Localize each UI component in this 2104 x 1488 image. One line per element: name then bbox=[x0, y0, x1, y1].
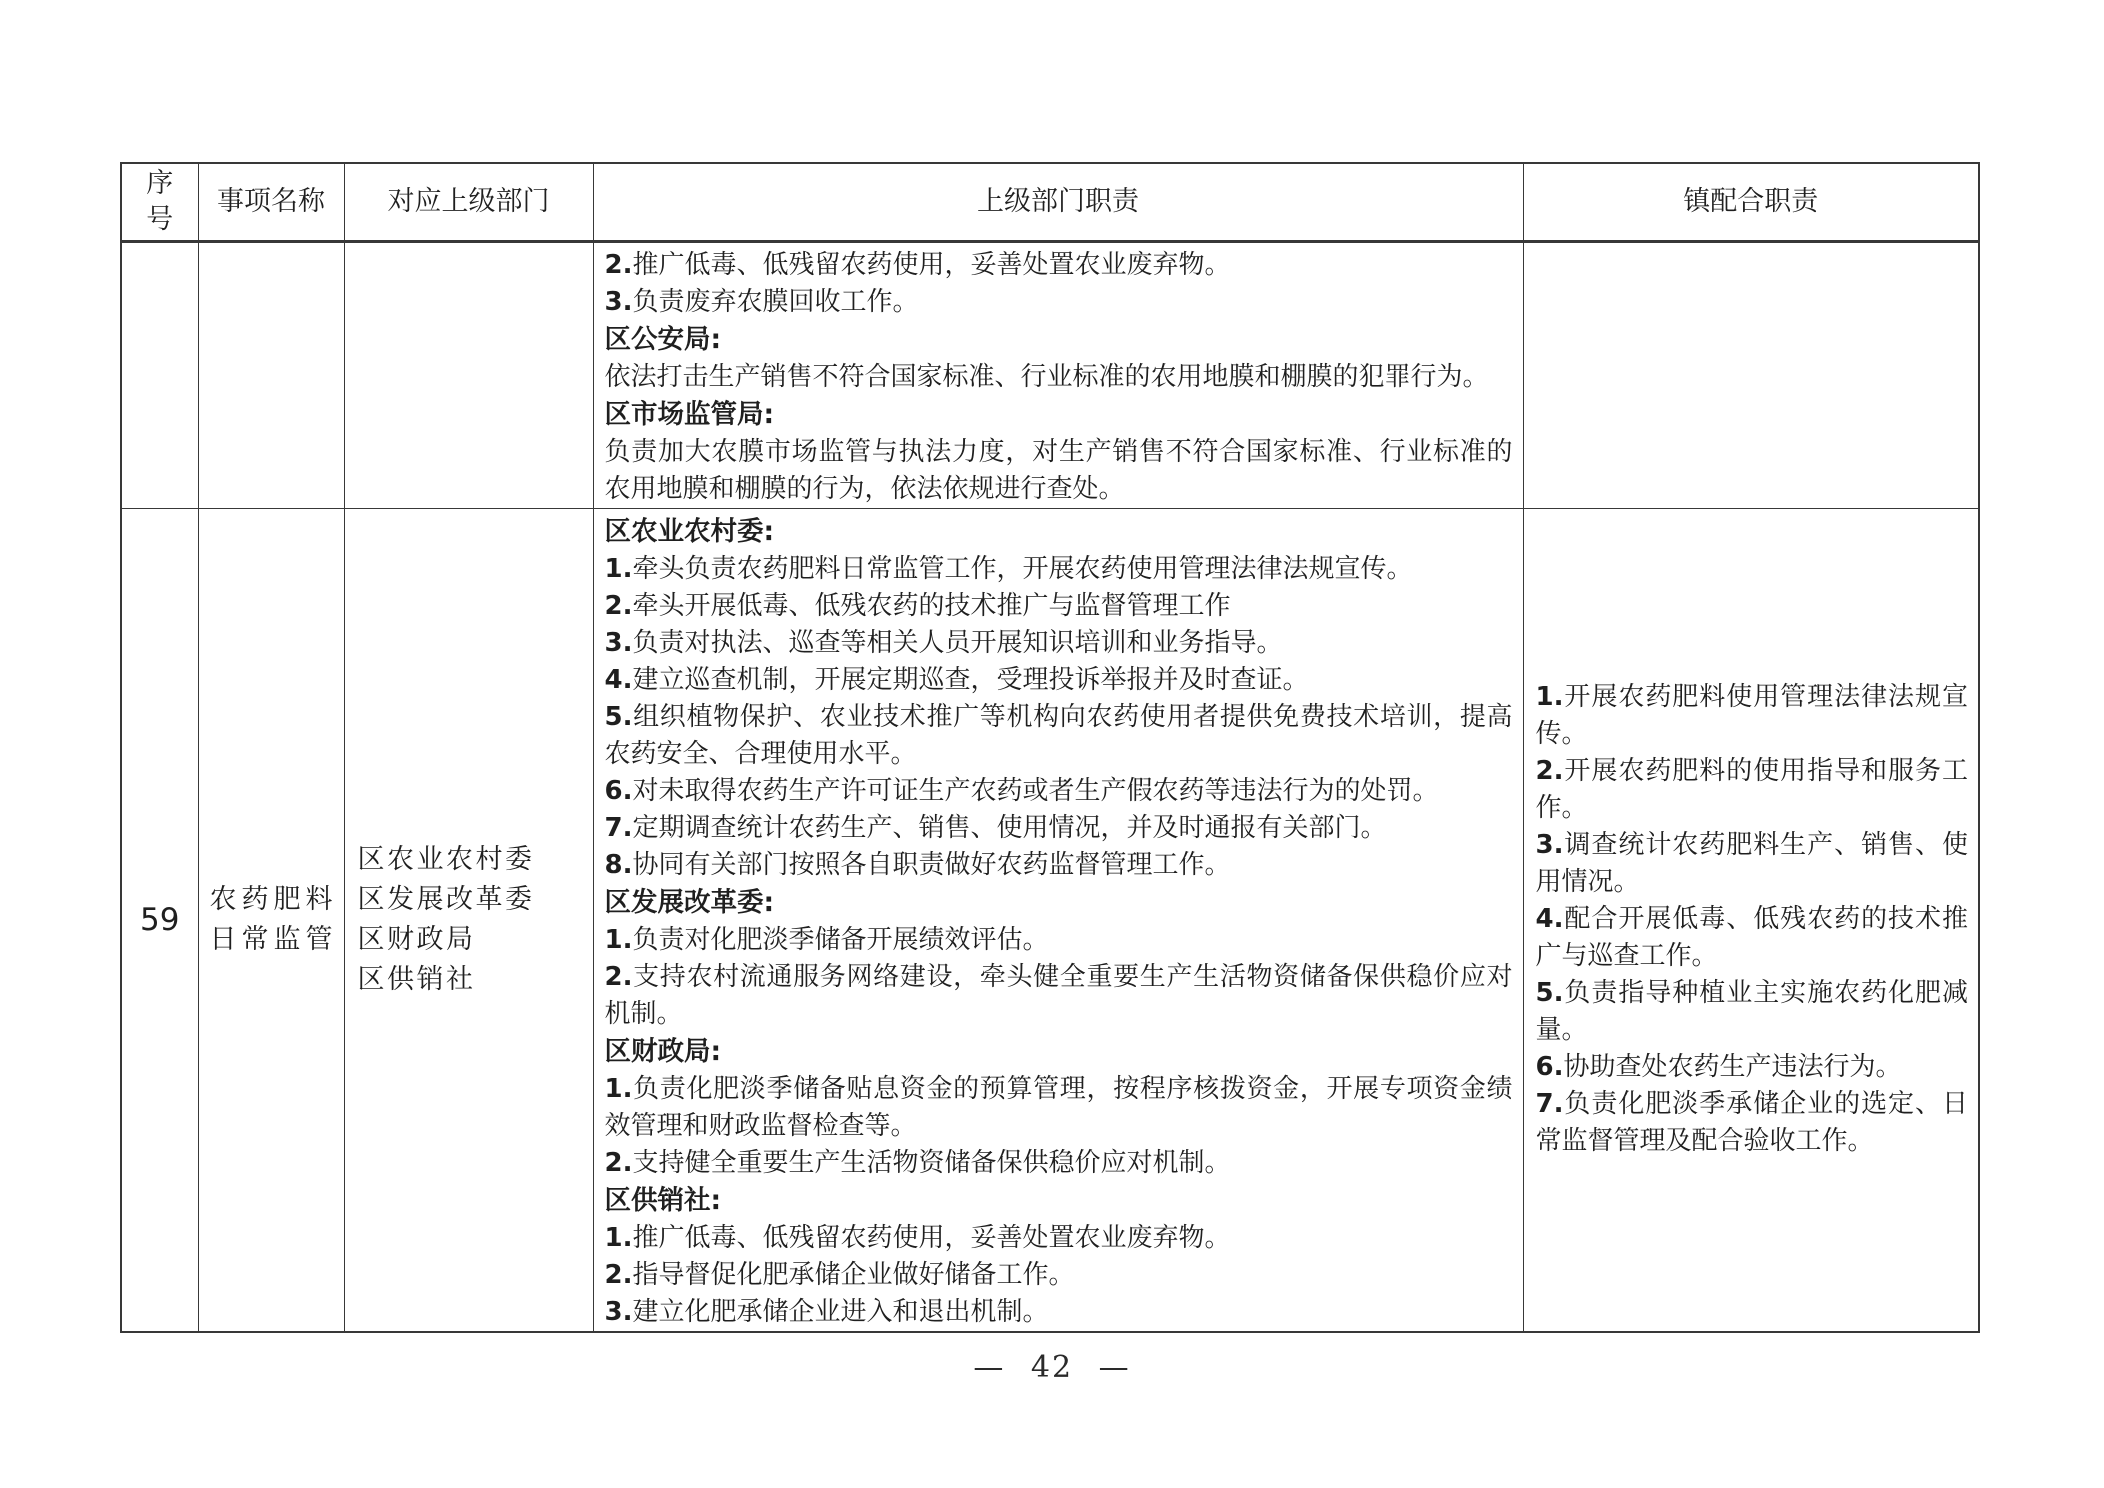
table-row-continuation: 2.推广低毒、低残留农药使用，妥善处置农业废弃物。3.负责废弃农膜回收工作。区公… bbox=[121, 241, 1979, 508]
superior-duties-cell: 2.推广低毒、低残留农药使用，妥善处置农业废弃物。3.负责废弃农膜回收工作。区公… bbox=[593, 241, 1523, 508]
duty-item-text: 建立化肥承储企业进入和退出机制。 bbox=[632, 1297, 1048, 1327]
duty-item: 1.负责对化肥淡季储备开展绩效评估。 bbox=[605, 922, 1513, 959]
duty-item: 6.对未取得农药生产许可证生产农药或者生产假农药等违法行为的处罚。 bbox=[605, 773, 1513, 810]
duty-item: 1.开展农药肥料使用管理法律法规宣传。 bbox=[1536, 679, 1969, 753]
table-header-row: 序号 事项名称 对应上级部门 上级部门职责 镇配合职责 bbox=[121, 163, 1979, 241]
column-header-item-name: 事项名称 bbox=[198, 163, 344, 241]
duty-item: 负责加大农膜市场监管与执法力度，对生产销售不符合国家标准、行业标准的农用地膜和棚… bbox=[605, 434, 1513, 508]
duty-item: 依法打击生产销售不符合国家标准、行业标准的农用地膜和棚膜的犯罪行为。 bbox=[605, 359, 1513, 396]
superior-duties-list: 2.推广低毒、低残留农药使用，妥善处置农业废弃物。3.负责废弃农膜回收工作。区公… bbox=[594, 243, 1523, 508]
duty-item-prefix: 2. bbox=[605, 1148, 633, 1178]
duty-item-text: 开展农药肥料使用管理法律法规宣传。 bbox=[1536, 682, 1969, 749]
item-name-line: 日常监管 bbox=[210, 920, 333, 960]
duty-item-prefix: 2. bbox=[605, 250, 633, 280]
duty-item: 1.推广低毒、低残留农药使用，妥善处置农业废弃物。 bbox=[605, 1220, 1513, 1257]
duty-item-text: 组织植物保护、农业技术推广等机构向农药使用者提供免费技术培训，提高农药安全、合理… bbox=[605, 702, 1513, 769]
department-line: 区财政局 bbox=[358, 920, 589, 960]
duty-item-prefix: 3. bbox=[1536, 830, 1564, 860]
duty-item-prefix: 2. bbox=[605, 1260, 633, 1290]
column-header-superior-duties: 上级部门职责 bbox=[593, 163, 1523, 241]
duty-item-text: 牵头开展低毒、低残农药的技术推广与监督管理工作 bbox=[632, 591, 1230, 621]
duty-item-prefix: 区发展改革委: bbox=[605, 887, 775, 918]
department-heading: 区市场监管局: bbox=[605, 396, 1513, 434]
duty-item: 7.负责化肥淡季承储企业的选定、日常监督管理及配合验收工作。 bbox=[1536, 1086, 1969, 1160]
table-row-59: 59 农药肥料 日常监管 区农业农村委区发展改革委区财政局区供销社 区农业农村委… bbox=[121, 508, 1979, 1332]
duty-item-prefix: 3. bbox=[605, 287, 633, 317]
duty-item-prefix: 1. bbox=[605, 554, 633, 584]
column-header-superior-department: 对应上级部门 bbox=[344, 163, 593, 241]
duty-item-prefix: 5. bbox=[1536, 978, 1564, 1008]
duty-item-prefix: 6. bbox=[1536, 1052, 1564, 1082]
duty-item-text: 负责化肥淡季承储企业的选定、日常监督管理及配合验收工作。 bbox=[1536, 1089, 1969, 1156]
duty-item-text: 定期调查统计农药生产、销售、使用情况，并及时通报有关部门。 bbox=[632, 813, 1386, 843]
duty-item-text: 调查统计农药肥料生产、销售、使用情况。 bbox=[1536, 830, 1969, 897]
duty-item: 3.调查统计农药肥料生产、销售、使用情况。 bbox=[1536, 827, 1969, 901]
superior-duties-cell: 区农业农村委:1.牵头负责农药肥料日常监管工作，开展农药使用管理法律法规宣传。2… bbox=[593, 508, 1523, 1332]
departments-list: 区农业农村委区发展改革委区财政局区供销社 bbox=[345, 840, 593, 1000]
department-heading: 区财政局: bbox=[605, 1033, 1513, 1071]
duty-item: 2.支持健全重要生产生活物资储备保供稳价应对机制。 bbox=[605, 1145, 1513, 1182]
duty-item: 4.配合开展低毒、低残农药的技术推广与巡查工作。 bbox=[1536, 901, 1969, 975]
duty-item: 2.开展农药肥料的使用指导和服务工作。 bbox=[1536, 753, 1969, 827]
duty-item-prefix: 7. bbox=[1536, 1089, 1564, 1119]
duty-item: 2.指导督促化肥承储企业做好储备工作。 bbox=[605, 1257, 1513, 1294]
duty-item-prefix: 6. bbox=[605, 776, 633, 806]
item-name-cell: 农药肥料 日常监管 bbox=[198, 508, 344, 1332]
duty-item: 2.推广低毒、低残留农药使用，妥善处置农业废弃物。 bbox=[605, 247, 1513, 284]
duty-item-text: 推广低毒、低残留农药使用，妥善处置农业废弃物。 bbox=[632, 1223, 1230, 1253]
town-duties-cell: 1.开展农药肥料使用管理法律法规宣传。2.开展农药肥料的使用指导和服务工作。3.… bbox=[1523, 508, 1979, 1332]
duty-item: 1.负责化肥淡季储备贴息资金的预算管理，按程序核拨资金，开展专项资金绩效管理和财… bbox=[605, 1071, 1513, 1145]
duty-item: 8.协同有关部门按照各自职责做好农药监督管理工作。 bbox=[605, 847, 1513, 884]
duty-item-prefix: 1. bbox=[605, 925, 633, 955]
duty-item-prefix: 区供销社: bbox=[605, 1185, 722, 1216]
duty-item-prefix: 区财政局: bbox=[605, 1036, 722, 1067]
duty-item-text: 负责对化肥淡季储备开展绩效评估。 bbox=[632, 925, 1048, 955]
item-name-cell bbox=[198, 241, 344, 508]
duty-item: 2.支持农村流通服务网络建设，牵头健全重要生产生活物资储备保供稳价应对机制。 bbox=[605, 959, 1513, 1033]
department-line: 区农业农村委 bbox=[358, 840, 589, 880]
seq-cell: 59 bbox=[121, 508, 198, 1332]
duty-item-prefix: 2. bbox=[1536, 756, 1564, 786]
duty-item-prefix: 8. bbox=[605, 850, 633, 880]
duty-item-prefix: 5. bbox=[605, 702, 633, 732]
seq-cell bbox=[121, 241, 198, 508]
duty-item-prefix: 1. bbox=[1536, 682, 1564, 712]
duty-item-text: 对未取得农药生产许可证生产农药或者生产假农药等违法行为的处罚。 bbox=[632, 776, 1438, 806]
duty-item: 4.建立巡查机制，开展定期巡查，受理投诉举报并及时查证。 bbox=[605, 662, 1513, 699]
duty-item: 2.牵头开展低毒、低残农药的技术推广与监督管理工作 bbox=[605, 588, 1513, 625]
duty-item-prefix: 3. bbox=[605, 628, 633, 658]
duty-item-text: 协助查处农药生产违法行为。 bbox=[1563, 1052, 1901, 1082]
duty-item: 3.负责废弃农膜回收工作。 bbox=[605, 284, 1513, 321]
duty-item-text: 依法打击生产销售不符合国家标准、行业标准的农用地膜和棚膜的犯罪行为。 bbox=[605, 362, 1489, 392]
duty-item-prefix: 1. bbox=[605, 1223, 633, 1253]
duty-item-text: 配合开展低毒、低残农药的技术推广与巡查工作。 bbox=[1536, 904, 1969, 971]
departments-cell bbox=[344, 241, 593, 508]
duty-item: 6.协助查处农药生产违法行为。 bbox=[1536, 1049, 1969, 1086]
duty-item-prefix: 区农业农村委: bbox=[605, 516, 775, 547]
superior-duties-list: 区农业农村委:1.牵头负责农药肥料日常监管工作，开展农药使用管理法律法规宣传。2… bbox=[594, 509, 1523, 1331]
department-heading: 区发展改革委: bbox=[605, 884, 1513, 922]
responsibilities-table: 序号 事项名称 对应上级部门 上级部门职责 镇配合职责 2.推广低毒、低残留农药… bbox=[120, 162, 1980, 1333]
duty-item-text: 支持健全重要生产生活物资储备保供稳价应对机制。 bbox=[632, 1148, 1230, 1178]
duty-item-text: 协同有关部门按照各自职责做好农药监督管理工作。 bbox=[632, 850, 1230, 880]
duty-item-text: 推广低毒、低残留农药使用，妥善处置农业废弃物。 bbox=[632, 250, 1230, 280]
duty-item-prefix: 3. bbox=[605, 1297, 633, 1327]
department-line: 区供销社 bbox=[358, 960, 589, 1000]
department-heading: 区公安局: bbox=[605, 321, 1513, 359]
duty-item: 5.组织植物保护、农业技术推广等机构向农药使用者提供免费技术培训，提高农药安全、… bbox=[605, 699, 1513, 773]
duty-item-prefix: 4. bbox=[1536, 904, 1564, 934]
page-number: — 42 — bbox=[0, 1350, 2104, 1385]
town-duties-cell bbox=[1523, 241, 1979, 508]
duty-item: 7.定期调查统计农药生产、销售、使用情况，并及时通报有关部门。 bbox=[605, 810, 1513, 847]
duty-item: 3.负责对执法、巡查等相关人员开展知识培训和业务指导。 bbox=[605, 625, 1513, 662]
duty-item-text: 指导督促化肥承储企业做好储备工作。 bbox=[632, 1260, 1074, 1290]
duty-item-prefix: 区公安局: bbox=[605, 324, 722, 355]
department-heading: 区供销社: bbox=[605, 1182, 1513, 1220]
duty-item-prefix: 7. bbox=[605, 813, 633, 843]
duty-item-text: 负责化肥淡季储备贴息资金的预算管理，按程序核拨资金，开展专项资金绩效管理和财政监… bbox=[605, 1074, 1513, 1141]
duty-item-prefix: 2. bbox=[605, 591, 633, 621]
duty-item-prefix: 1. bbox=[605, 1074, 633, 1104]
item-name-line: 农药肥料 bbox=[210, 880, 333, 920]
department-line: 区发展改革委 bbox=[358, 880, 589, 920]
duty-item-prefix: 4. bbox=[605, 665, 633, 695]
duty-item-text: 牵头负责农药肥料日常监管工作，开展农药使用管理法律法规宣传。 bbox=[632, 554, 1412, 584]
duty-item-prefix: 区市场监管局: bbox=[605, 399, 775, 430]
column-header-town-duties: 镇配合职责 bbox=[1523, 163, 1979, 241]
duty-item: 3.建立化肥承储企业进入和退出机制。 bbox=[605, 1294, 1513, 1331]
department-heading: 区农业农村委: bbox=[605, 513, 1513, 551]
town-duties-list: 1.开展农药肥料使用管理法律法规宣传。2.开展农药肥料的使用指导和服务工作。3.… bbox=[1524, 679, 1979, 1160]
duty-item-text: 负责对执法、巡查等相关人员开展知识培训和业务指导。 bbox=[632, 628, 1282, 658]
column-header-seq: 序号 bbox=[121, 163, 198, 241]
document-page: 序号 事项名称 对应上级部门 上级部门职责 镇配合职责 2.推广低毒、低残留农药… bbox=[0, 0, 2104, 1488]
duty-item-text: 支持农村流通服务网络建设，牵头健全重要生产生活物资储备保供稳价应对机制。 bbox=[605, 962, 1513, 1029]
duty-item-text: 负责指导种植业主实施农药化肥减量。 bbox=[1536, 978, 1969, 1045]
duty-item-text: 负责加大农膜市场监管与执法力度，对生产销售不符合国家标准、行业标准的农用地膜和棚… bbox=[605, 437, 1513, 504]
duty-item: 5.负责指导种植业主实施农药化肥减量。 bbox=[1536, 975, 1969, 1049]
departments-cell: 区农业农村委区发展改革委区财政局区供销社 bbox=[344, 508, 593, 1332]
duty-item-text: 开展农药肥料的使用指导和服务工作。 bbox=[1536, 756, 1969, 823]
duty-item-prefix: 2. bbox=[605, 962, 633, 992]
duty-item-text: 建立巡查机制，开展定期巡查，受理投诉举报并及时查证。 bbox=[632, 665, 1308, 695]
duty-item-text: 负责废弃农膜回收工作。 bbox=[632, 287, 918, 317]
duty-item: 1.牵头负责农药肥料日常监管工作，开展农药使用管理法律法规宣传。 bbox=[605, 551, 1513, 588]
item-name: 农药肥料 日常监管 bbox=[199, 880, 344, 960]
